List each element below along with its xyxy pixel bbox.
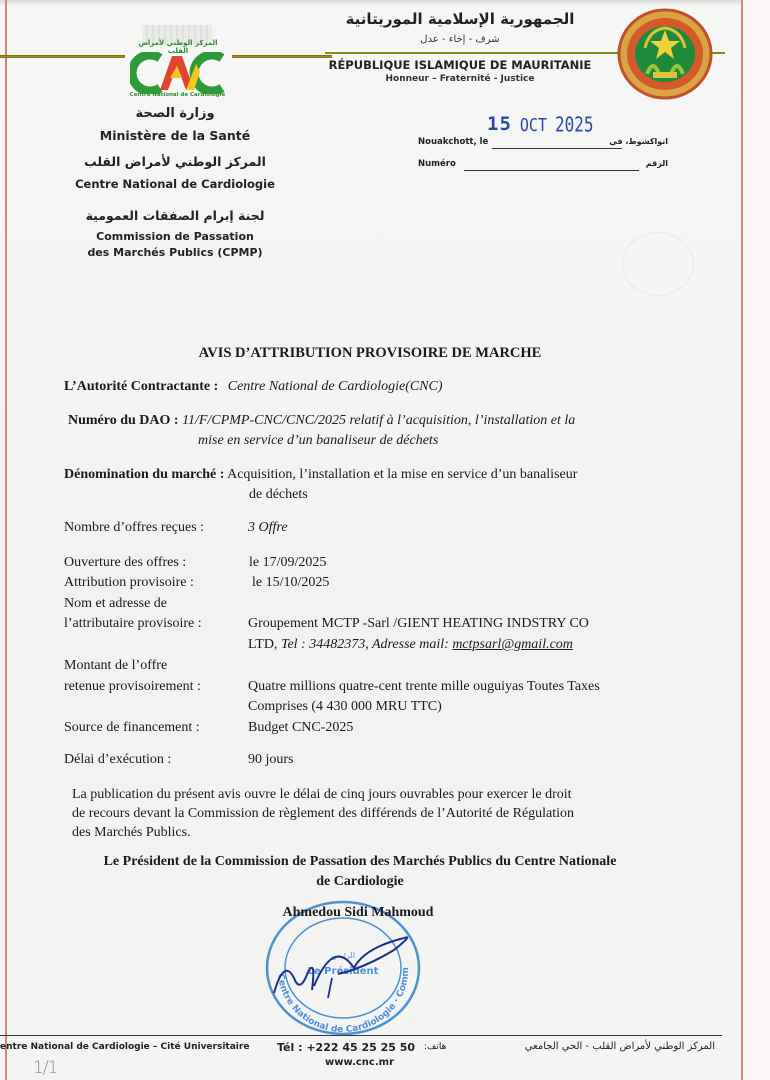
awardee-email-link[interactable]: mctpsarl@gmail.com	[452, 637, 573, 652]
value: Centre National de Cardiologie(CNC)	[228, 379, 443, 394]
place-date-row: Nouakchott, le انواكشوط، في	[418, 137, 668, 151]
svg-text:الرئيس: الرئيس	[331, 951, 355, 960]
cnc-logo: المركز الوطني لأمراض القلب Centre Nation…	[120, 25, 235, 103]
left-margin-border	[5, 0, 7, 1080]
paragraph-line1: La publication du présent avis ouvre le …	[72, 785, 642, 804]
stamp-day: 15	[487, 113, 512, 135]
motto-arabic: شرف - إخاء - عدل	[380, 34, 540, 45]
amount-label-line1: Montant de l’offre	[64, 656, 244, 676]
republic-french: RÉPUBLIQUE ISLAMIQUE DE MAURITANIE	[320, 58, 600, 72]
president-line2: de Cardiologie	[60, 872, 660, 892]
awardee-label-line2: l’attributaire provisoire :	[64, 614, 244, 634]
field-dao-number: Numéro du DAO : 11/F/CPMP-CNC/CNC/2025 r…	[68, 411, 668, 431]
paragraph-line2: de recours devant la Commission de règle…	[72, 804, 642, 823]
field-market-name: Dénomination du marché : Acquisition, l’…	[64, 465, 664, 485]
value-line1: 11/F/CPMP-CNC/CNC/2025 relatif à l’acqui…	[182, 413, 575, 428]
president-line1: Le Président de la Commission de Passati…	[60, 852, 660, 872]
number-line	[464, 170, 639, 171]
signer-name: Ahmedou Sidi Mahmoud	[268, 905, 448, 921]
provisional-award-label: Attribution provisoire :	[64, 573, 244, 593]
awardee-ltd: LTD,	[248, 637, 281, 652]
deadline-value: 90 jours	[248, 750, 448, 770]
amount-value-line2: Comprises (4 430 000 MRU TTC)	[248, 697, 668, 717]
center-french: Centre National de Cardiologie	[70, 177, 280, 191]
commission-arabic: لجنة إبرام الصفقات العمومية	[70, 208, 280, 223]
scan-shadow	[0, 0, 770, 6]
label: Dénomination du marché :	[64, 467, 224, 482]
right-margin-strip	[743, 0, 770, 1080]
notice-title: AVIS D’ATTRIBUTION PROVISOIRE DE MARCHE	[100, 345, 640, 362]
footer-phone: Tél : +222 45 25 25 50	[277, 1041, 415, 1054]
awardee-value-line2: LTD, Tel : 34482373, Adresse mail: mctps…	[248, 635, 668, 655]
opening-value: le 17/09/2025	[249, 553, 449, 573]
place-label-ar: انواكشوط، في	[609, 137, 668, 146]
footer-website-link[interactable]: www.cnc.mr	[325, 1057, 394, 1068]
amount-label-line2: retenue provisoirement :	[64, 677, 244, 697]
awardee-value-line1: Groupement MCTP -Sarl /GIENT HEATING IND…	[248, 614, 668, 634]
stamp-month: OCT	[520, 114, 547, 136]
recourse-paragraph: La publication du présent avis ouvre le …	[72, 785, 642, 842]
header-rule-left	[0, 55, 125, 58]
number-row: Numéro الرقم	[418, 159, 668, 173]
header-rule-left-2	[232, 55, 332, 58]
ministry-arabic: وزارة الصحة	[70, 106, 280, 121]
center-arabic: المركز الوطني لأمراض القلب	[70, 154, 280, 169]
funding-value: Budget CNC-2025	[248, 718, 548, 738]
field-contracting-authority: L’Autorité Contractante : Centre Nationa…	[64, 377, 664, 397]
funding-label: Source de financement :	[64, 718, 244, 738]
mauritania-emblem-icon	[617, 8, 713, 100]
value-line1: Acquisition, l’installation et la mise e…	[227, 467, 577, 482]
number-label-ar: الرقم	[646, 159, 668, 168]
number-label-fr: Numéro	[418, 159, 456, 169]
market-name-value-line2: de déchets	[249, 485, 649, 505]
commission-french-line2: des Marchés Publics (CPMP)	[70, 246, 280, 259]
right-margin-border	[741, 0, 743, 1080]
president-title: Le Président de la Commission de Passati…	[60, 852, 660, 892]
dao-number-value-line2: mise en service d’un banaliseur de déche…	[198, 431, 658, 451]
commission-french-line1: Commission de Passation	[70, 230, 280, 243]
label: Numéro du DAO :	[68, 413, 179, 428]
label: L’Autorité Contractante :	[64, 379, 218, 394]
republic-arabic: الجمهورية الإسلامية الموريتانية	[340, 10, 580, 28]
paragraph-line3: des Marchés Publics.	[72, 823, 642, 842]
awardee-label-line1: Nom et adresse de	[64, 594, 244, 614]
provisional-award-value: le 15/10/2025	[252, 573, 452, 593]
opening-label: Ouverture des offres :	[64, 553, 244, 573]
offers-received-value: 3 Offre	[248, 518, 448, 538]
footer-phone-label-ar: هاتف:	[424, 1042, 446, 1052]
motto-french: Honneur – Fraternité - Justice	[340, 74, 580, 84]
stamp-year: 2025	[555, 113, 594, 137]
faint-seal-mark	[622, 232, 694, 296]
cnc-letters-icon	[130, 52, 230, 94]
amount-value-line1: Quatre millions quatre-cent trente mille…	[248, 677, 668, 697]
ministry-french: Ministère de la Santé	[70, 128, 280, 143]
deadline-label: Délai d’exécution :	[64, 750, 244, 770]
offers-received-label: Nombre d’offres reçues :	[64, 518, 234, 538]
date-line	[492, 148, 622, 149]
logo-subtitle: Centre National de Cardiologie	[120, 92, 235, 98]
footer-address-fr: entre National de Cardiologie – Cité Uni…	[0, 1042, 249, 1052]
place-label-fr: Nouakchott, le	[418, 137, 488, 147]
document-page: المركز الوطني لأمراض القلب Centre Nation…	[0, 0, 770, 1080]
page-number: 1/1	[33, 1058, 57, 1078]
awardee-contact: Tel : 34482373, Adresse mail:	[281, 637, 452, 652]
date-stamp: 15OCT2025	[487, 113, 594, 135]
footer-address-ar: المركز الوطني لأمراض القلب - الحي الجامع…	[505, 1041, 715, 1052]
